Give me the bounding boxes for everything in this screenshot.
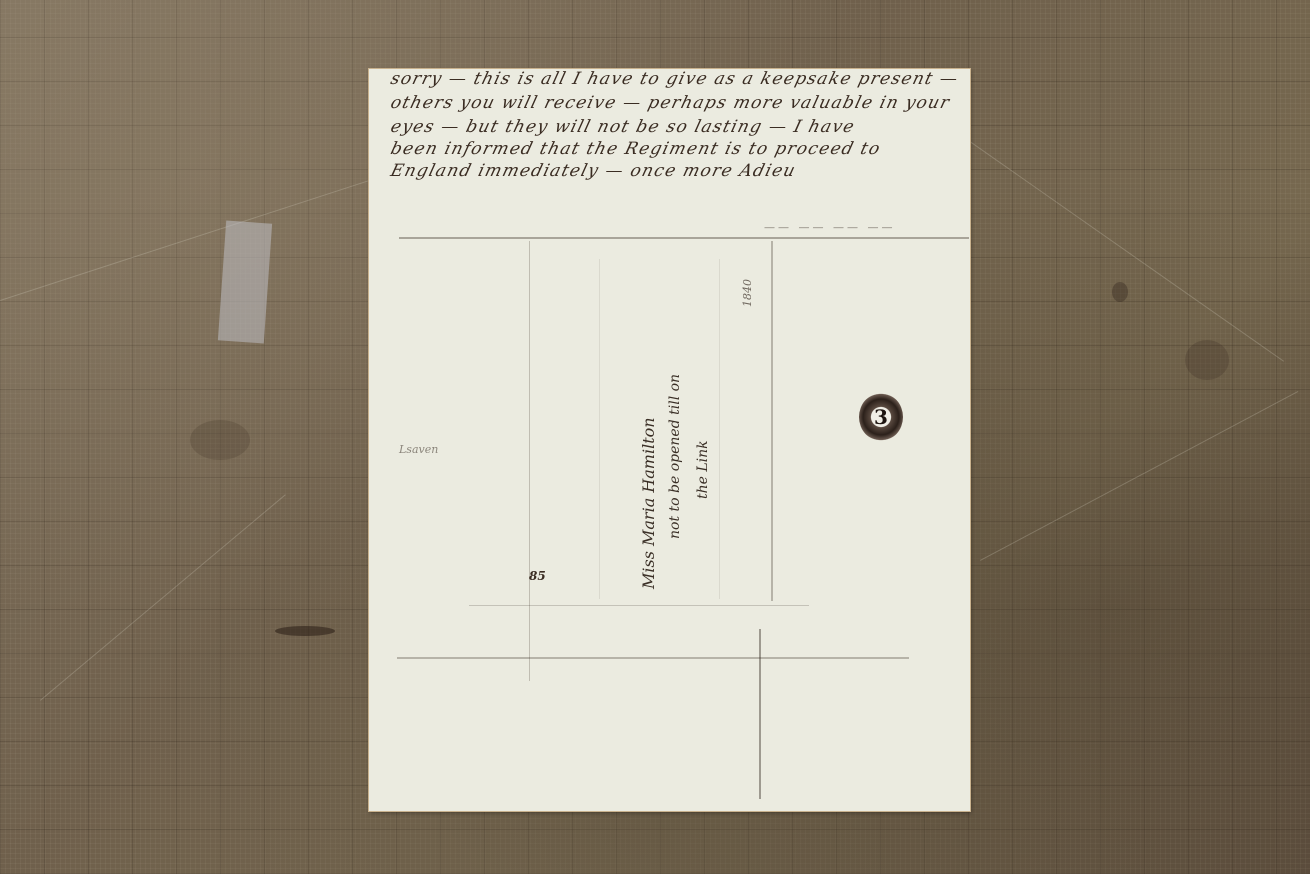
mat-stain — [1185, 340, 1229, 380]
mat-scratch — [939, 120, 1284, 362]
address-recipient: Miss Maria Hamilton — [639, 417, 658, 589]
bleed-line — [719, 259, 720, 599]
tape-residue — [218, 221, 272, 344]
page-number: 85 — [529, 569, 546, 583]
wax-seal-postmark: 3 — [859, 393, 903, 441]
address-line-3: the Link — [695, 440, 711, 499]
mat-scratch — [40, 494, 286, 700]
fold-line-inner — [469, 605, 809, 606]
letter-line-1: sorry — this is all I have to give as a … — [389, 69, 961, 89]
fold-line-bottom-vertical — [759, 629, 761, 799]
fold-line-left — [529, 241, 530, 681]
fold-line-right — [771, 241, 773, 601]
letter-line-4: been informed that the Regiment is to pr… — [389, 139, 883, 159]
letter-line-3: eyes — but they will not be so lasting —… — [389, 117, 858, 137]
letter-line-5: England immediately — once more Adieu — [389, 161, 799, 181]
mat-stain — [275, 626, 335, 636]
mat-stain — [190, 420, 250, 460]
fold-line-lower — [397, 657, 909, 659]
mat-scratch — [980, 391, 1298, 561]
docket-number: 1840 — [741, 279, 754, 307]
letter-sheet: sorry — this is all I have to give as a … — [369, 69, 970, 811]
fold-line-top — [399, 237, 969, 239]
top-marginalia: —— —— —— —— — [764, 221, 896, 234]
bleed-line — [599, 259, 600, 599]
margin-note: Lsaven — [399, 443, 438, 456]
letter-line-2: others you will receive — perhaps more v… — [389, 93, 953, 113]
mat-stain — [1112, 282, 1128, 302]
seal-glyph: 3 — [874, 405, 888, 429]
address-instruction: not to be opened till on — [667, 374, 683, 539]
